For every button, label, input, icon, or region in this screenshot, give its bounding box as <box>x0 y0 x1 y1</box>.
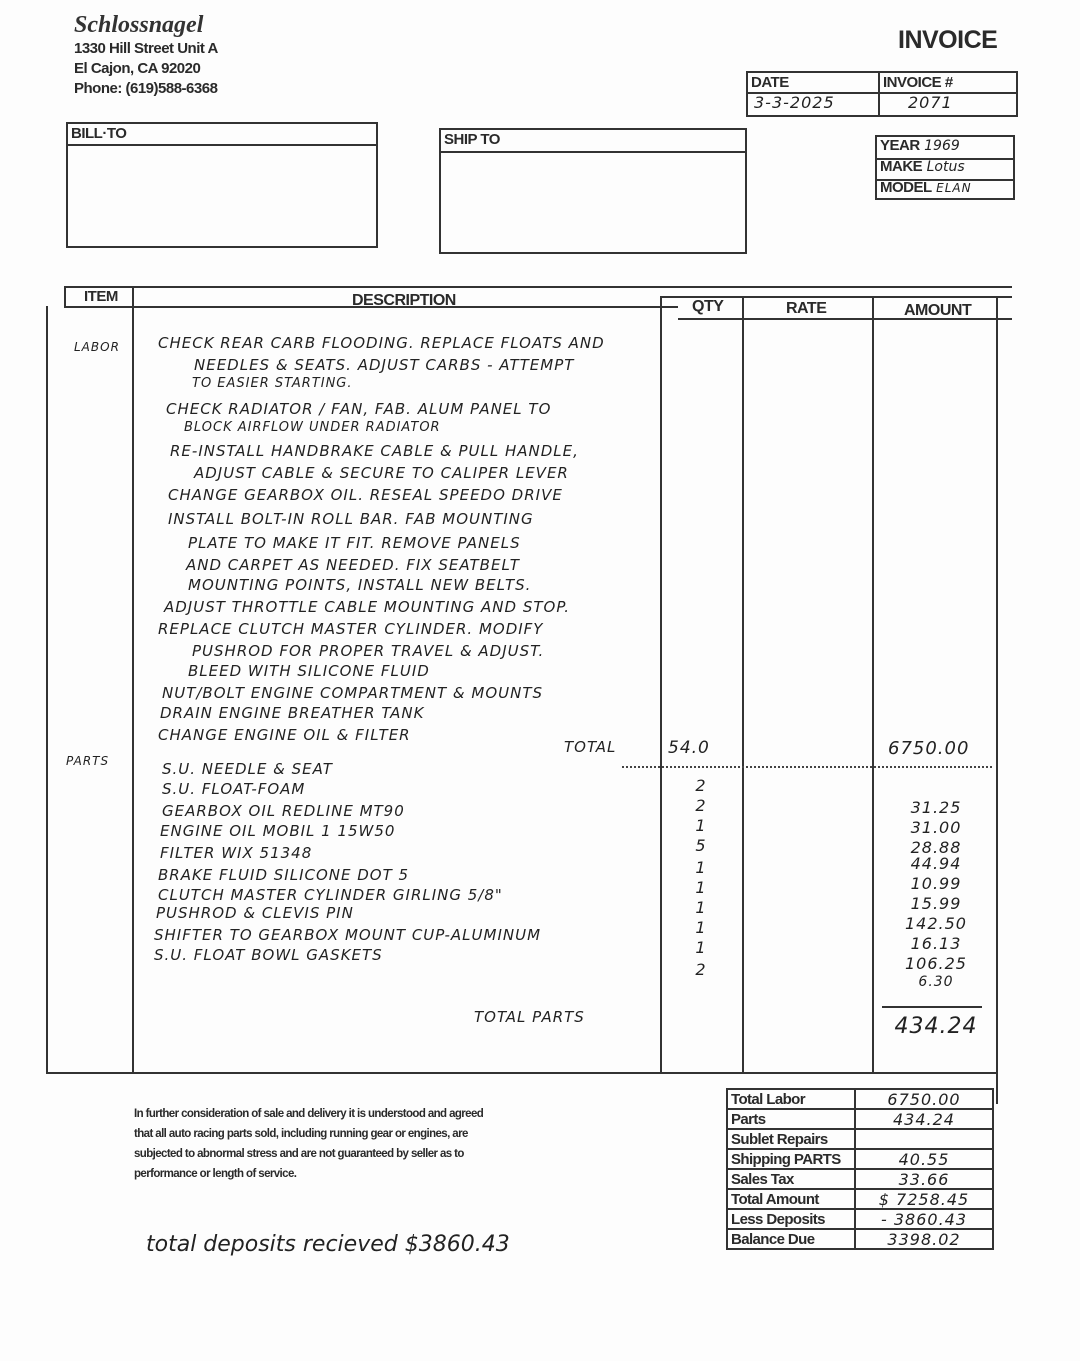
model-value: Elan <box>936 181 971 195</box>
parts-total-label: Total Parts <box>474 1008 585 1026</box>
summary-label-parts: Parts <box>728 1110 856 1130</box>
summary-label-balance-due: Balance Due <box>728 1230 856 1250</box>
company-name: Schlossnagel <box>74 12 218 39</box>
parts-row-amount: 106.25 <box>876 954 996 973</box>
summary-label-sublet-repairs: Sublet Repairs <box>728 1130 856 1150</box>
summary-value-shipping: 40.55 <box>856 1150 992 1170</box>
labor-amount: 6750.00 <box>888 738 969 759</box>
summary-value-parts: 434.24 <box>856 1110 992 1130</box>
summary-value-sublet-repairs <box>856 1130 992 1150</box>
make-label: MAKE <box>877 158 922 175</box>
parts-row-qty: 1 <box>686 816 716 835</box>
parts-row-description: Gearbox oil Redline MT90 <box>162 802 405 820</box>
invoice-number-label: INVOICE # <box>880 73 953 93</box>
line-items-table: ITEM DESCRIPTION QTY RATE AMOUNT Labor C… <box>46 286 1012 1088</box>
ship-to-box: SHIP TO <box>439 128 747 254</box>
company-header: Schlossnagel 1330 Hill Street Unit A El … <box>74 12 218 99</box>
summary-value-sales-tax: 33.66 <box>856 1170 992 1190</box>
summary-label-sales-tax: Sales Tax <box>728 1170 856 1190</box>
parts-row-qty: 1 <box>686 858 716 877</box>
header-qty: QTY <box>692 298 723 316</box>
bill-to-label: BILL·TO <box>68 124 126 144</box>
parts-row-amount: 6.30 <box>876 974 996 990</box>
parts-item-label: Parts <box>66 754 109 768</box>
parts-row-amount: 16.13 <box>876 934 996 953</box>
parts-row-amount: 142.50 <box>876 914 996 933</box>
deposits-note: total deposits recieved $3860.43 <box>146 1232 510 1257</box>
parts-row-amount: 44.94 <box>876 854 996 873</box>
labor-qty: 54.0 <box>668 738 710 758</box>
summary-label-less-deposits: Less Deposits <box>728 1210 856 1230</box>
header-description: DESCRIPTION <box>352 292 456 310</box>
parts-row-qty: 5 <box>686 836 716 855</box>
labor-item-label: Labor <box>74 340 120 354</box>
summary-label-total-labor: Total Labor <box>728 1090 856 1110</box>
header-amount: AMOUNT <box>904 302 971 320</box>
year-value: 1969 <box>924 138 960 154</box>
parts-row-qty: 2 <box>686 960 716 979</box>
parts-row-qty: 2 <box>686 776 716 795</box>
summary-value-total-amount: $ 7258.45 <box>856 1190 992 1210</box>
date-value: 3-3-2025 <box>754 93 835 112</box>
summary-value-total-labor: 6750.00 <box>856 1090 992 1110</box>
company-phone: Phone: (619)588-6368 <box>74 79 218 99</box>
date-label: DATE <box>748 73 789 93</box>
invoice-number-value: 2071 <box>908 93 953 112</box>
company-address-line2: El Cajon, CA 92020 <box>74 59 218 79</box>
parts-row-description: S.U. Float-foam <box>162 780 305 798</box>
parts-row-description: Brake fluid silicone DOT 5 <box>158 866 409 884</box>
summary-label-total-amount: Total Amount <box>728 1190 856 1210</box>
parts-row-description: Pushrod & clevis pin <box>156 904 354 922</box>
parts-row-description: S.U. float bowl gaskets <box>154 946 383 964</box>
disclaimer-text: In further consideration of sale and del… <box>134 1104 490 1184</box>
parts-row-description: Filter Wix 51348 <box>160 844 312 862</box>
make-value: Lotus <box>927 159 965 175</box>
parts-row-qty: 1 <box>686 938 716 957</box>
bill-to-box: BILL·TO <box>66 122 378 248</box>
year-label: YEAR <box>877 137 920 154</box>
parts-row-amount: 31.25 <box>876 798 996 817</box>
parts-row-description: Shifter to gearbox mount cup-aluminum <box>154 926 541 944</box>
model-label: MODEL <box>877 179 932 196</box>
parts-row-description: S.U. Needle & seat <box>162 760 333 778</box>
parts-row-description: Clutch master cylinder Girling 5/8" <box>158 886 503 904</box>
parts-row-qty: 1 <box>686 918 716 937</box>
header-item: ITEM <box>84 288 118 305</box>
parts-row-qty: 2 <box>686 796 716 815</box>
parts-row-description: Engine oil Mobil 1 15W50 <box>160 822 395 840</box>
summary-label-shipping: Shipping PARTS <box>728 1150 856 1170</box>
parts-row-amount: 10.99 <box>876 874 996 893</box>
totals-summary: Total Labor 6750.00 Parts 434.24 Sublet … <box>726 1088 994 1250</box>
summary-value-less-deposits: - 3860.43 <box>856 1210 992 1230</box>
document-title: INVOICE <box>898 26 997 55</box>
company-address-line1: 1330 Hill Street Unit A <box>74 39 218 59</box>
parts-row-amount: 15.99 <box>876 894 996 913</box>
parts-row-qty: 1 <box>686 878 716 897</box>
summary-value-balance-due: 3398.02 <box>856 1230 992 1250</box>
header-rate: RATE <box>786 300 826 318</box>
parts-row-qty: 1 <box>686 898 716 917</box>
parts-total-amount: 434.24 <box>876 1014 996 1039</box>
labor-total-label: Total <box>564 738 616 756</box>
parts-row-amount: 31.00 <box>876 818 996 837</box>
vehicle-box: YEAR 1969 MAKE Lotus MODEL Elan <box>875 135 1015 200</box>
invoice-meta-box: DATE INVOICE # 3-3-2025 2071 <box>746 71 1018 117</box>
ship-to-label: SHIP TO <box>441 130 500 150</box>
